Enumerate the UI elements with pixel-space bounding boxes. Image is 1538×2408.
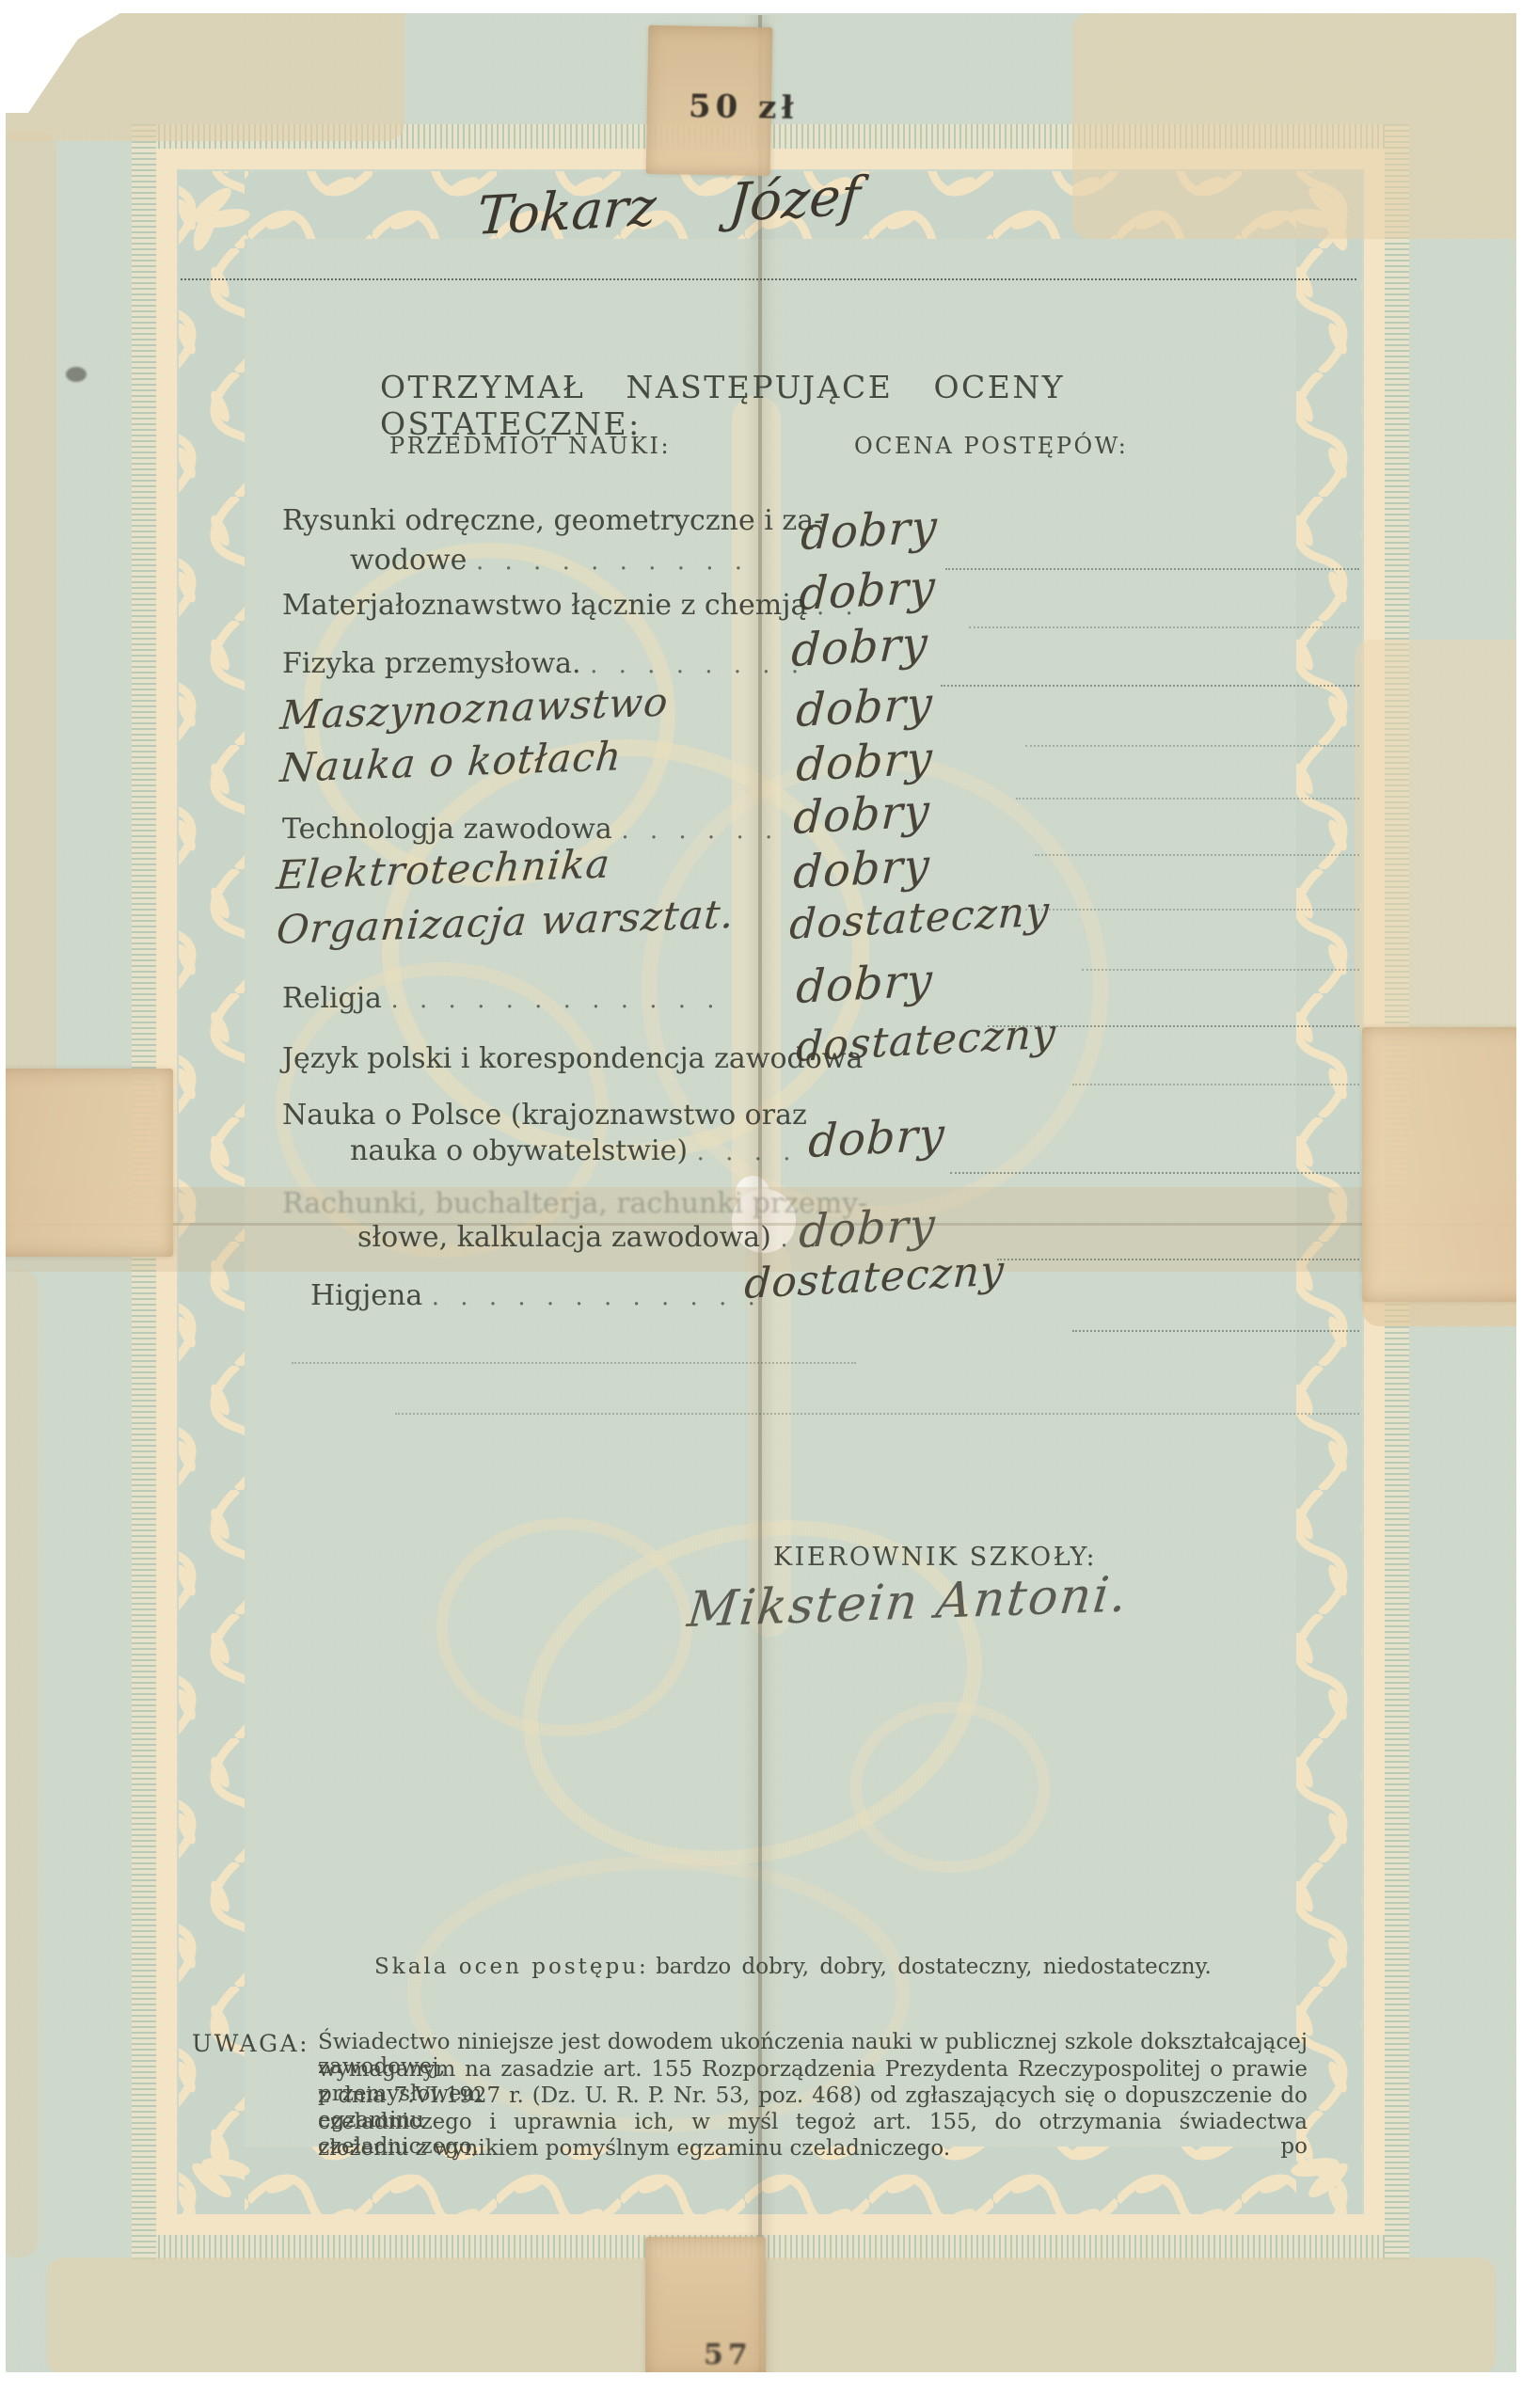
leader-rule — [997, 1259, 1359, 1260]
grade-scale-values: bardzo dobry, dobry, dostateczny, niedos… — [656, 1955, 1212, 1979]
scan-edge-right — [1516, 0, 1538, 2408]
subject-row: Język polski i korespondencja zawodowa — [282, 1042, 863, 1075]
subject-row-continuation: słowe, kalkulacja zawodowa) . . . — [357, 1221, 846, 1254]
scan-edge-left — [0, 0, 6, 2408]
subjects-column-header: PRZEDMIOT NAUKI: — [389, 433, 671, 459]
subject-row: Fizyka przemysłowa. . . . . . . . . — [282, 647, 799, 680]
leader-rule — [292, 1362, 856, 1364]
grade-value: dobry — [807, 1108, 946, 1168]
leader-rule — [988, 1025, 1359, 1027]
note-label: UWAGA: — [192, 2030, 309, 2057]
note-line: złożeniu z wynikiem pomyślnym egzaminu c… — [318, 2136, 1308, 2161]
leader-rule — [1016, 798, 1359, 800]
subject-row-damaged: Rachunki, buchalterja, rachunki przemy- — [282, 1187, 867, 1220]
leader-rule — [941, 685, 1359, 687]
grade-value: dobry — [800, 500, 939, 561]
grade-value: dobry — [795, 954, 934, 1014]
final-grades-heading: OTRZYMAŁ NASTĘPUJĄCE OCENY OSTATECZNE: — [380, 369, 1065, 442]
leader-rule — [1072, 1084, 1359, 1085]
grades-column-header: OCENA POSTĘPÓW: — [854, 433, 1128, 459]
subject-row: Materjałoznawstwo łącznie z chemją . . — [282, 589, 853, 622]
grade-scale-note: Skala ocen postępu: bardzo dobry, dobry,… — [374, 1955, 1212, 1979]
name-rule — [181, 278, 1356, 280]
leader-rule — [950, 1172, 1359, 1174]
subject-row: Higjena . . . . . . . . . . . . — [310, 1279, 755, 1312]
subject-row: Religja . . . . . . . . . . . . — [282, 982, 715, 1015]
stamp-fragment-bottom: 57 — [704, 2338, 753, 2371]
scan-edge-top — [0, 0, 1538, 13]
subject-row: Technologja zawodowa . . . . . . — [282, 813, 772, 846]
grade-value: dobry — [792, 839, 931, 899]
certificate-scan: Tokarz Józef OTRZYMAŁ NASTĘPUJĄCE OCENY … — [0, 0, 1538, 2408]
grade-value: dobry — [795, 677, 934, 737]
leader-rule — [395, 1413, 1359, 1415]
subject-row-continuation: wodowe . . . . . . . . . . — [350, 544, 742, 577]
leader-rule — [1035, 854, 1359, 856]
principal-label: KIEROWNIK SZKOŁY: — [773, 1543, 1097, 1572]
subject-row-continuation: nauka o obywatelstwie) . . . . — [350, 1134, 791, 1167]
grade-value: dobry — [790, 617, 929, 677]
subject-row: Nauka o Polsce (krajoznawstwo oraz — [282, 1099, 807, 1132]
grade-scale-label: Skala ocen postępu: — [374, 1955, 649, 1979]
subject-row: Rysunki odręczne, geometryczne i za- — [282, 504, 823, 537]
leader-rule — [1082, 969, 1359, 971]
scan-edge-bottom — [0, 2372, 1538, 2408]
leader-rule — [1025, 745, 1359, 747]
grade-value: dobry — [795, 732, 934, 792]
leader-rule — [1072, 1330, 1359, 1332]
tape-left — [0, 1069, 173, 1257]
stamp-fragment-top: 50 zł — [689, 87, 799, 127]
tape-right — [1362, 1027, 1538, 1302]
grade-value: dobry — [798, 1198, 937, 1259]
grade-value: dobry — [798, 561, 937, 621]
leader-rule — [1025, 909, 1359, 911]
grade-value: dobry — [792, 784, 931, 845]
leader-rule — [945, 568, 1359, 570]
leader-rule — [969, 626, 1359, 628]
